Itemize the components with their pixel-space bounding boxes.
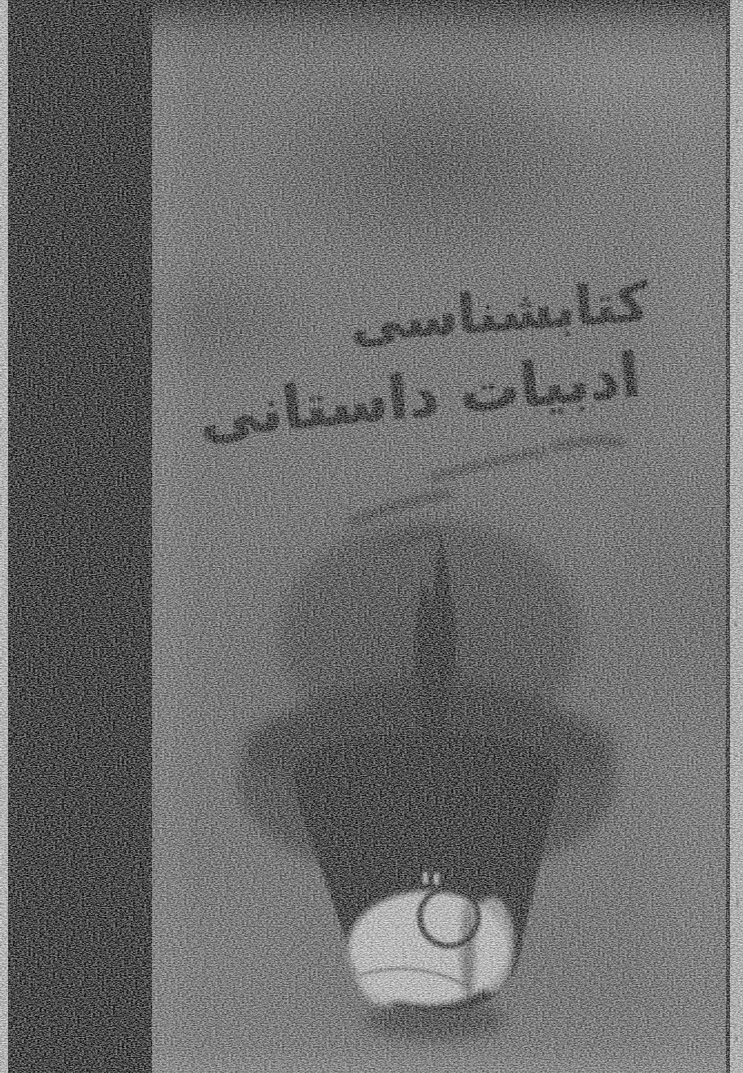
scan-artifact: [735, 1036, 738, 1041]
scan-artifact: [736, 898, 739, 907]
scanned-book-cover: کتابشناسی ادبیات داستانی: [0, 0, 743, 1073]
scan-artifact: [735, 118, 738, 123]
scan-margin-right: [730, 0, 743, 1073]
scan-artifact: [736, 298, 739, 303]
scan-artifact: [734, 622, 737, 627]
pen-inkwell-illustration: [0, 0, 743, 1073]
